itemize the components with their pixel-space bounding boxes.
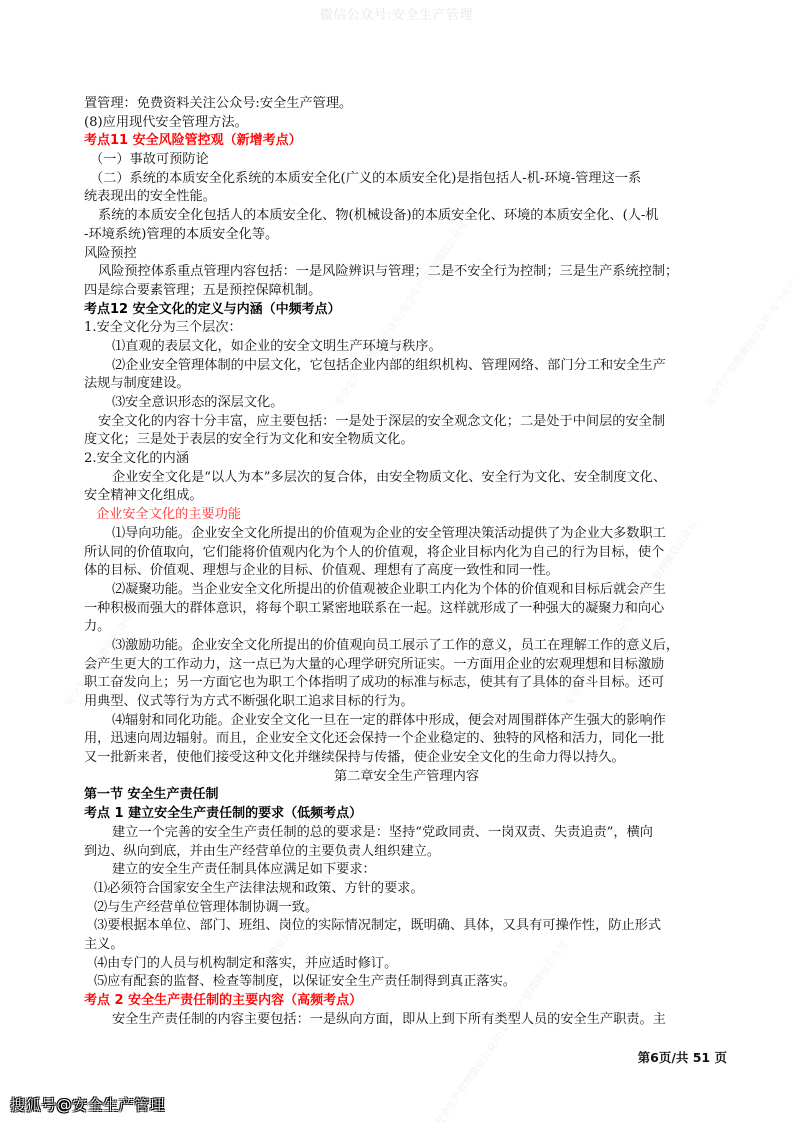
- text-line: ⑴直观的表层文化，如企业的安全文明生产环境与秩序。: [84, 338, 729, 357]
- text-line: 职工奋发向上；另一方面它也为职工个体指明了成功的标准与标志，使其有了具体的奋斗目…: [84, 674, 729, 693]
- text-line: ⑵凝聚功能。当企业安全文化所提出的价值观被企业职工内化为个体的价值观和目标后就会…: [84, 581, 729, 600]
- section-heading: 考点 2 安全生产责任制的主要内容（高频考点）: [84, 992, 729, 1011]
- text-line: 四是综合要素管理；五是预控保障机制。: [84, 282, 729, 301]
- text-line: 用典型、仪式等行为方式不断强化职工追求目标的行为。: [84, 693, 729, 712]
- text-line: ⑵与生产经营单位管理体制协调一致。: [84, 899, 729, 918]
- text-line: 所认同的价值取向，它们能将价值观内化为个人的价值观，将企业目标内化为自己的行为目…: [84, 544, 729, 563]
- text-line: (8)应用现代安全管理方法。: [84, 114, 729, 133]
- text-line: ⑶安全意识形态的深层文化。: [84, 394, 729, 413]
- text-line: 系统的本质安全化包括人的本质安全化、物(机械设备)的本质安全化、环境的本质安全化…: [84, 207, 729, 226]
- text-line: 又一批新来者，使他们接受这种文化并继续保持与传播，使企业安全文化的生命力得以持久…: [84, 749, 729, 768]
- text-line: 企业安全文化是“以人为本”多层次的复合体，由安全物质文化、安全行为文化、安全制度…: [84, 469, 729, 488]
- text-line: 一种积极而强大的群体意识，将每个职工紧密地联系在一起。这样就形成了一种强大的凝聚…: [84, 600, 729, 619]
- section-heading: 考点 1 建立安全生产责任制的要求（低频考点）: [84, 805, 729, 824]
- page-indicator: 第6页/共 51 页: [638, 1048, 727, 1066]
- text-line: （二）系统的本质安全化系统的本质安全化(广义的本质安全化)是指包括人-机-环境-…: [84, 170, 729, 189]
- text-line: 2.安全文化的内涵: [84, 450, 729, 469]
- top-watermark: 微信公众号:安全生产管理: [0, 4, 793, 23]
- chapter-title: 第二章安全生产管理内容: [84, 768, 729, 787]
- subsection-heading: 企业安全文化的主要功能: [84, 506, 729, 525]
- text-line: ⑶激励功能。企业安全文化所提出的价值观向员工展示了工作的意义，员工在理解工作的意…: [84, 637, 729, 656]
- document-body: 置管理：免费资料关注公众号:安全生产管理。(8)应用现代安全管理方法。考点11 …: [84, 95, 729, 1029]
- text-line: ⑷辐射和同化功能。企业安全文化一旦在一定的群体中形成，便会对周围群体产生强大的影…: [84, 712, 729, 731]
- text-line: 安全精神文化组成。: [84, 487, 729, 506]
- text-line: 法规与制度建设。: [84, 375, 729, 394]
- text-line: 统表现出的安全性能。: [84, 188, 729, 207]
- text-line: 主义。: [84, 936, 729, 955]
- text-line: 用，迅速向周边辐射。而且，企业安全文化还会保持一个企业稳定的、独特的风格和活力，…: [84, 730, 729, 749]
- text-line: 置管理：免费资料关注公众号:安全生产管理。: [84, 95, 729, 114]
- text-line: （一）事故可预防论: [84, 151, 729, 170]
- text-line: 安全生产责任制的内容主要包括：一是纵向方面，即从上到下所有类型人员的安全生产职责…: [84, 1011, 729, 1030]
- text-line: 风险预控体系重点管理内容包括：一是风险辨识与管理；二是不安全行为控制；三是生产系…: [84, 263, 729, 282]
- text-line: 建立一个完善的安全生产责任制的总的要求是：坚持“党政同责、一岗双责、失责追责”，…: [84, 824, 729, 843]
- text-line: 安全文化的内容十分丰富，应主要包括：一是处于深层的安全观念文化；二是处于中间层的…: [84, 413, 729, 432]
- section-heading: 第一节 安全生产责任制: [84, 786, 729, 805]
- text-line: -环境系统)管理的本质安全化等。: [84, 226, 729, 245]
- text-line: ⑵企业安全管理体制的中层文化，它包括企业内部的组织机构、管理网络、部门分工和安全…: [84, 357, 729, 376]
- text-line: ⑴必须符合国家安全生产法律法规和政策、方针的要求。: [84, 880, 729, 899]
- text-line: 体的目标、价值观、理想与企业的目标、价值观、理想有了高度一致性和同一性。: [84, 562, 729, 581]
- text-line: ⑸应有配套的监督、检查等制度，以保证安全生产责任制得到真正落实。: [84, 973, 729, 992]
- source-watermark: 搜狐号@安全生产管理: [10, 1094, 165, 1115]
- text-line: ⑷由专门的人员与机构制定和落实，并应适时修订。: [84, 955, 729, 974]
- text-line: 度文化；三是处于表层的安全行为文化和安全物质文化。: [84, 431, 729, 450]
- section-heading: 考点12 安全文化的定义与内涵（中频考点）: [84, 301, 729, 320]
- text-line: ⑴导向功能。企业安全文化所提出的价值观为企业的安全管理决策活动提供了为企业大多数…: [84, 525, 729, 544]
- text-line: 力。: [84, 618, 729, 637]
- text-line: 1.安全文化分为三个层次：: [84, 319, 729, 338]
- text-line: 建立的安全生产责任制具体应满足如下要求：: [84, 861, 729, 880]
- text-line: ⑶要根据本单位、部门、班组、岗位的实际情况制定，既明确、具体，又具有可操作性，防…: [84, 917, 729, 936]
- section-heading: 考点11 安全风险管控观（新增考点）: [84, 132, 729, 151]
- text-line: 会产生更大的工作动力，这一点已为大量的心理学研究所证实。一方面用企业的宏观理想和…: [84, 656, 729, 675]
- text-line: 到边、纵向到底，并由生产经营单位的主要负责人组织建立。: [84, 843, 729, 862]
- text-line: 风险预控: [84, 245, 729, 264]
